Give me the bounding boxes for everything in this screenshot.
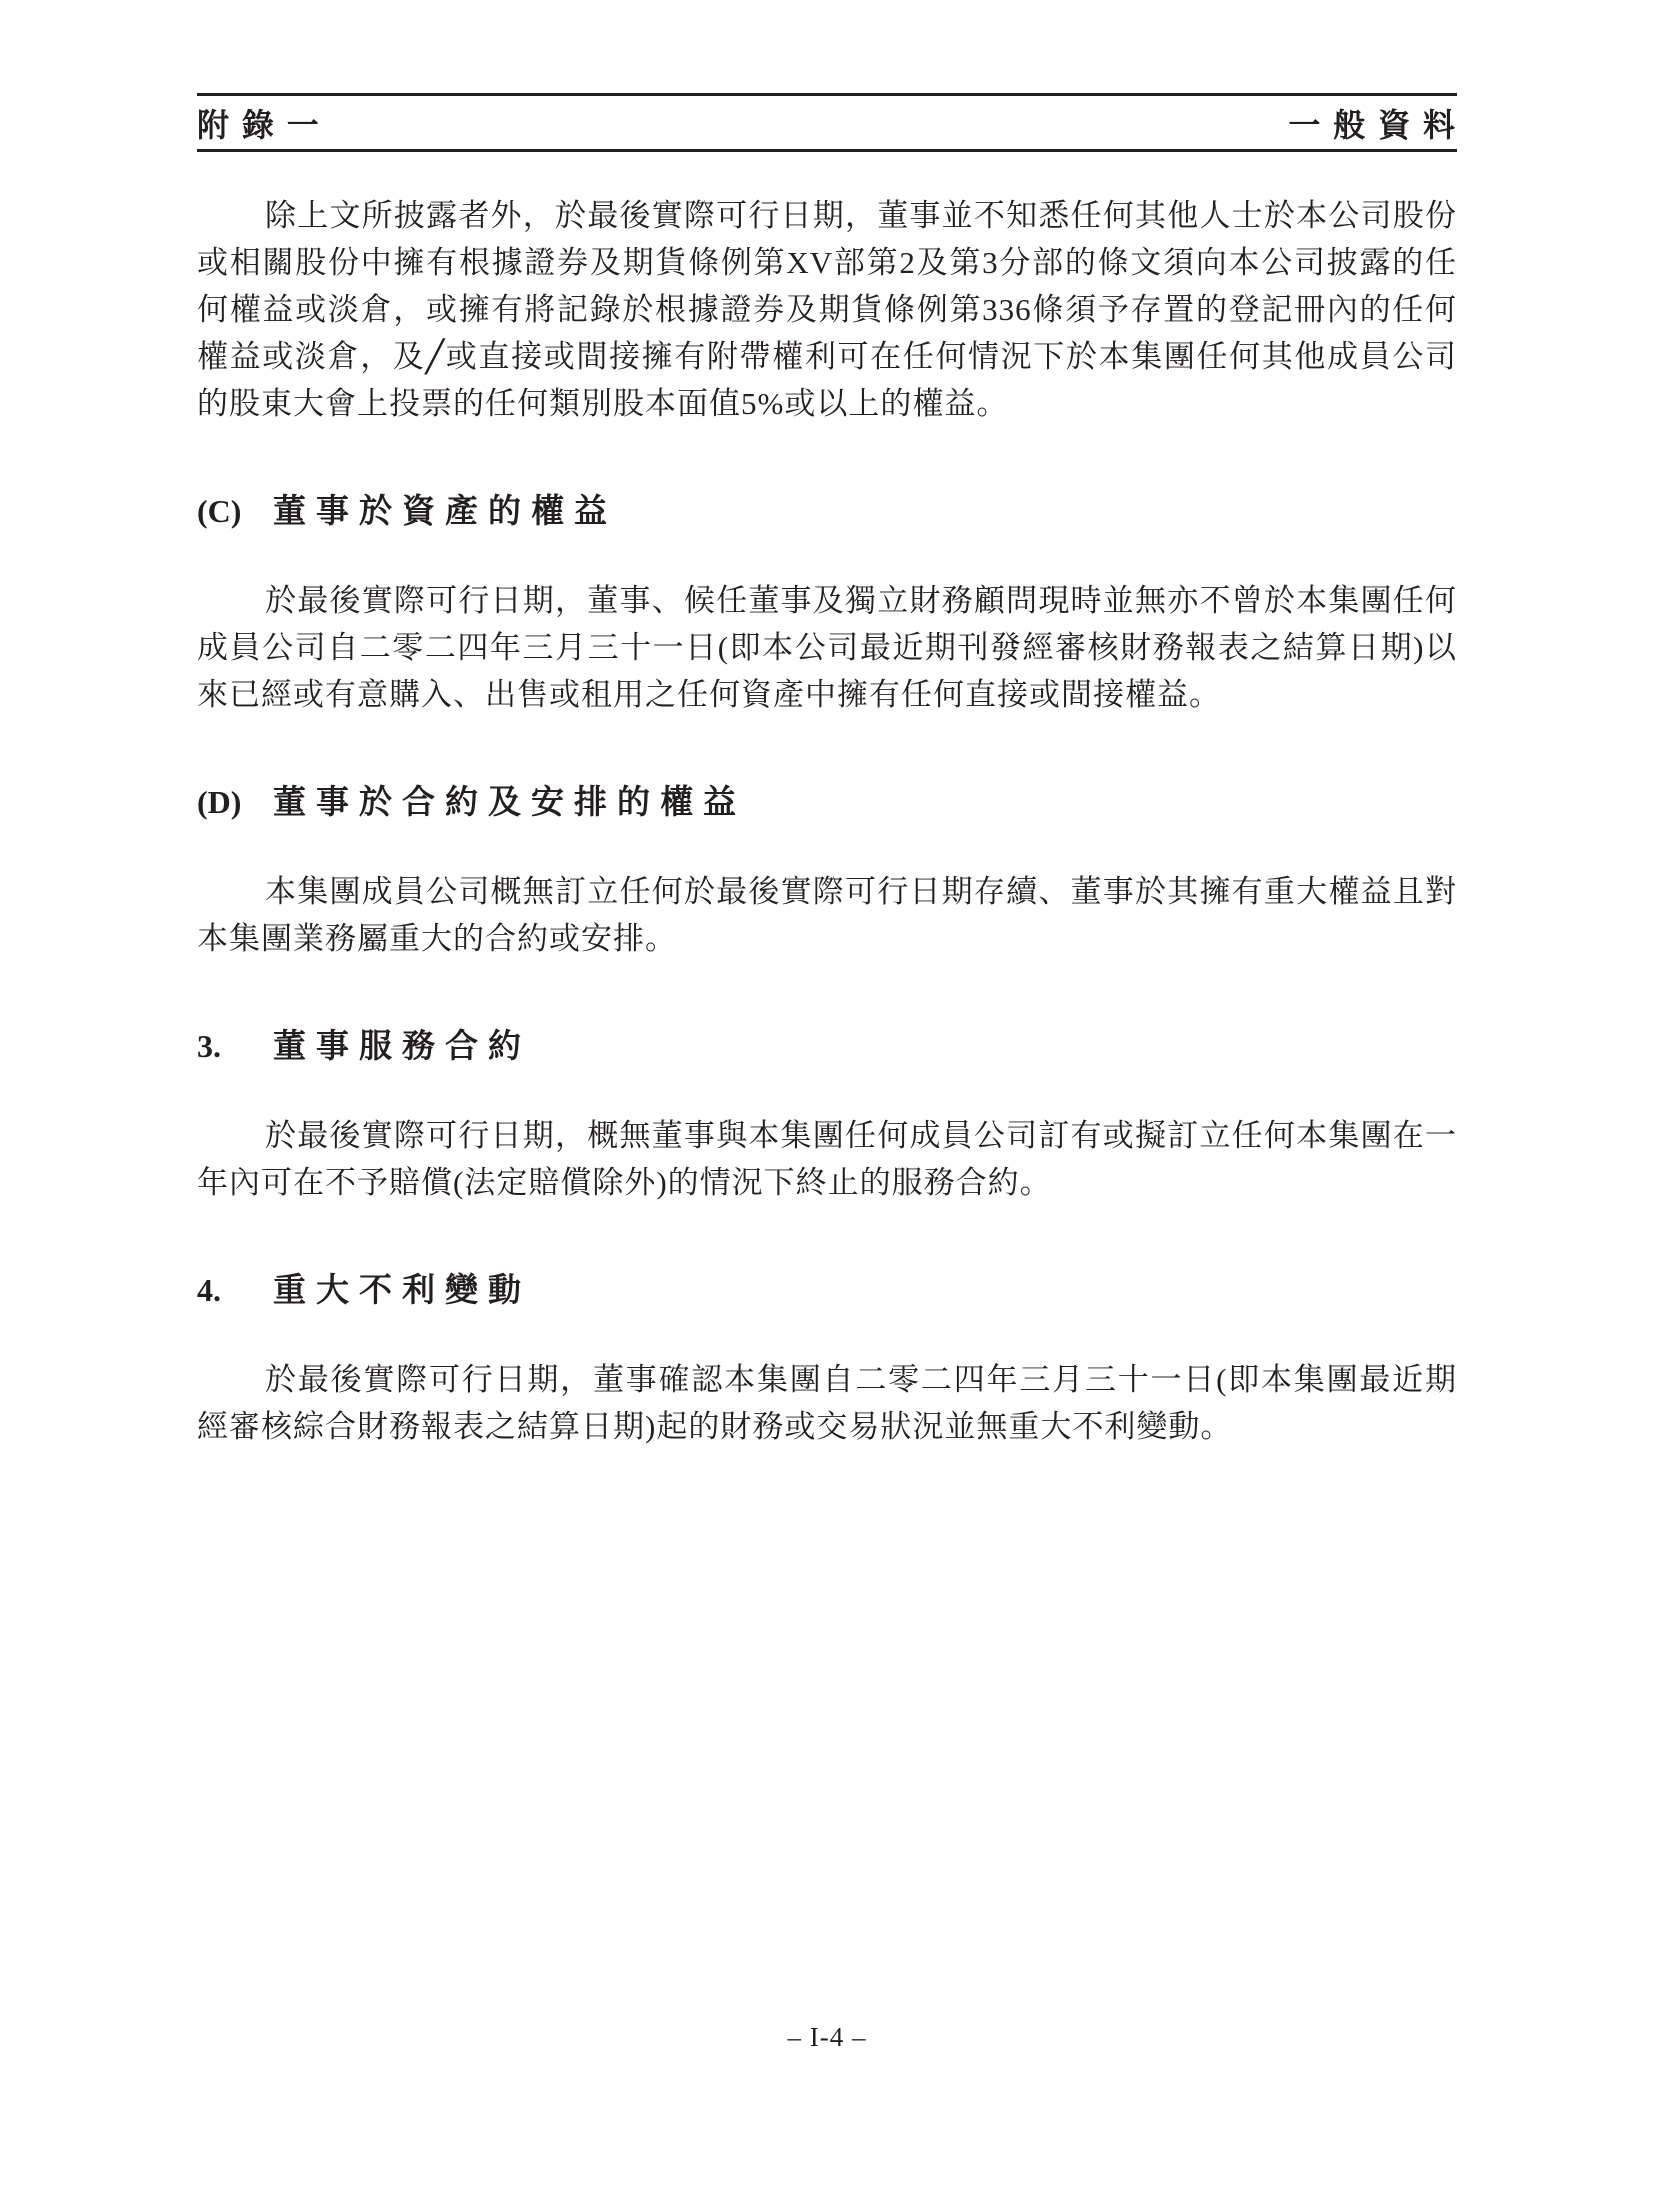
header-section-title: 一 般 資 料: [1288, 100, 1457, 146]
intro-paragraph: 除上文所披露者外，於最後實際可行日期，董事並不知悉任何其他人士於本公司股份或相關…: [197, 192, 1457, 427]
section-title: 董事服務合約: [273, 1026, 531, 1066]
document-page: 附 錄 一 一 般 資 料 除上文所披露者外，於最後實際可行日期，董事並不知悉任…: [0, 0, 1654, 2205]
section-d-paragraph: 本集團成員公司概無訂立任何於最後實際可行日期存續、董事於其擁有重大權益且對本集團…: [197, 868, 1457, 962]
section-heading-3: 3. 董事服務合約: [197, 1026, 1457, 1066]
header-appendix-title: 附 錄 一: [197, 100, 321, 146]
section-3-paragraph: 於最後實際可行日期，概無董事與本集團任何成員公司訂有或擬訂立任何本集團在一年內可…: [197, 1112, 1457, 1206]
section-label: 3.: [197, 1026, 273, 1066]
section-heading-c: (C) 董事於資產的權益: [197, 491, 1457, 531]
section-label: (D): [197, 782, 273, 822]
running-header: 附 錄 一 一 般 資 料: [197, 93, 1457, 152]
page-number: – I-4 –: [0, 2022, 1654, 2053]
section-4-paragraph: 於最後實際可行日期，董事確認本集團自二零二四年三月三十一日(即本集團最近期經審核…: [197, 1356, 1457, 1450]
section-label: (C): [197, 491, 273, 531]
page-content: 除上文所披露者外，於最後實際可行日期，董事並不知悉任何其他人士於本公司股份或相關…: [197, 152, 1457, 1450]
section-title: 董事於合約及安排的權益: [273, 782, 746, 822]
section-heading-4: 4. 重大不利變動: [197, 1270, 1457, 1310]
section-title: 董事於資產的權益: [273, 491, 617, 531]
section-heading-d: (D) 董事於合約及安排的權益: [197, 782, 1457, 822]
section-label: 4.: [197, 1270, 273, 1310]
section-title: 重大不利變動: [273, 1270, 531, 1310]
section-c-paragraph: 於最後實際可行日期，董事、候任董事及獨立財務顧問現時並無亦不曾於本集團任何成員公…: [197, 577, 1457, 718]
